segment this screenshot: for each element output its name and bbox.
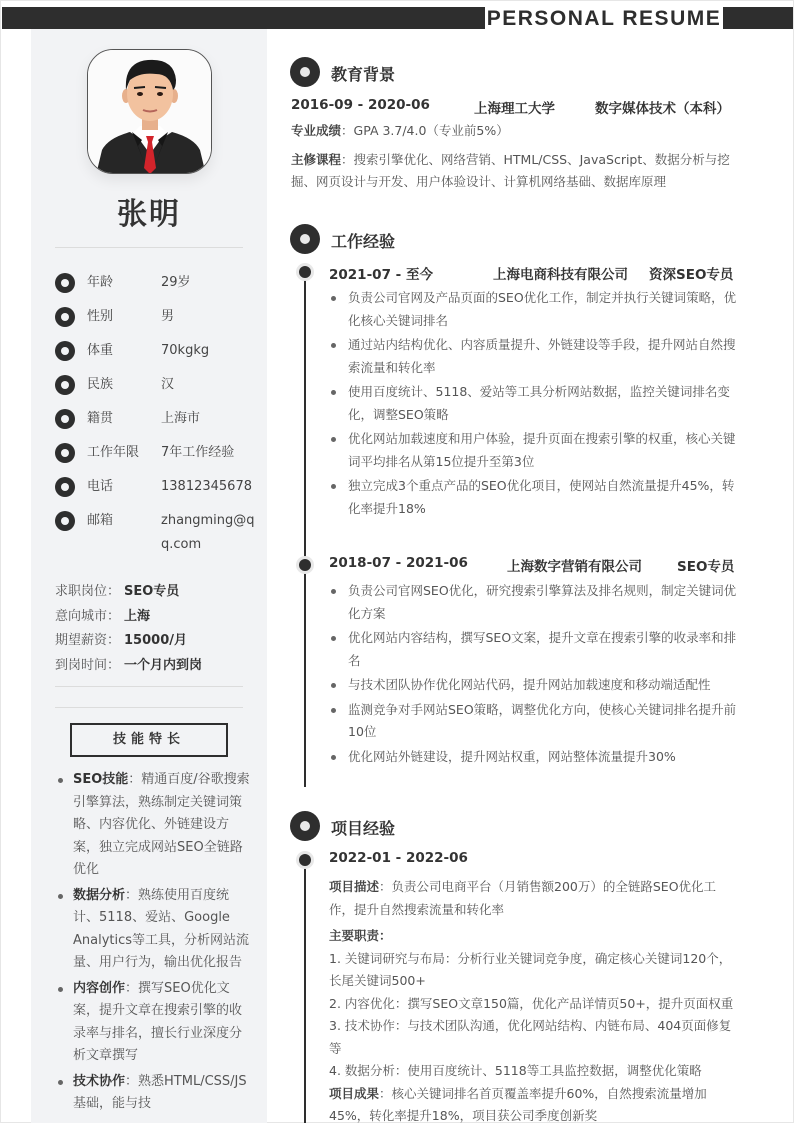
skill-name: 内容创作 [73, 981, 125, 996]
ring-bullet-icon [55, 273, 75, 293]
job-intent-row: 到岗时间：一个月内到岗 [55, 654, 255, 679]
info-row-weight: 体重 70kgkg [55, 337, 255, 371]
skill-item: SEO技能：精通百度/谷歌搜索引擎算法，熟练制定关键词策略、内容优化、外链建设方… [55, 769, 251, 882]
info-value: 汉 [161, 371, 255, 397]
job-bullet: 独立完成3个重点产品的SEO优化项目，使网站自然流量提升45%，转化率提升18% [329, 475, 739, 520]
job-bullet: 负责公司官网SEO优化，研究搜索引擎算法及排名规则，制定关键词优化方案 [329, 580, 739, 625]
project-period: 2022-01 - 2022-06 [329, 850, 468, 866]
project-duty: 4. 数据分析：使用百度统计、5118等工具监控数据，调整优化策略 [329, 1060, 739, 1083]
info-row-experience-years: 工作年限 7年工作经验 [55, 439, 255, 473]
job-intent-row: 期望薪资：15000/月 [55, 629, 255, 654]
sidebar: 张明 年龄 29岁 性别 男 体重 70kgkg 民族 汉 籍贯 上海市 [31, 29, 267, 1123]
section-title-projects: 项目经验 [331, 816, 395, 839]
project-duty: 1. 关键词研究与布局：分析行业关键词竞争度，确定核心关键词120个，长尾关键词… [329, 948, 739, 993]
job-bullets: 负责公司官网SEO优化，研究搜索引擎算法及排名规则，制定关键词优化方案 优化网站… [329, 580, 739, 770]
education-gpa: 专业成绩：GPA 3.7/4.0（专业前5%） [291, 120, 741, 142]
phone-value[interactable]: 13812345678 [161, 473, 255, 499]
gpa-label: 专业成绩 [291, 123, 341, 138]
job-bullet: 负责公司官网及产品页面的SEO优化工作，制定并执行关键词策略，优化核心关键词排名 [329, 287, 739, 332]
timeline-dot-icon [299, 266, 311, 278]
job-header: 2018-07 - 2021-06 上海数字营销有限公司 SEO专员 [329, 555, 734, 575]
job-position: SEO专员 [677, 555, 734, 575]
education-period: 2016-09 - 2020-06 [291, 97, 430, 113]
job-bullet: 优化网站外链建设，提升网站权重，网站整体流量提升30% [329, 746, 739, 769]
job-period: 2018-07 - 2021-06 [329, 555, 468, 571]
section-title-work: 工作经验 [331, 229, 395, 252]
info-label: 性别 [87, 303, 161, 331]
candidate-name: 张明 [31, 189, 267, 233]
section-ring-icon [290, 57, 320, 87]
main-content: 教育背景 2016-09 - 2020-06 上海理工大学 数字媒体技术（本科）… [290, 0, 760, 1123]
skill-item: 技术协作：熟悉HTML/CSS/JS基础，能与技 [55, 1071, 251, 1116]
skill-item: 内容创作：撰写SEO优化文案，提升文章在搜索引擎的收录率与排名，擅长行业深度分析… [55, 978, 251, 1068]
info-value: 上海市 [161, 405, 255, 431]
timeline-line [304, 272, 306, 787]
info-row-email: 邮箱 zhangming@qq.com [55, 507, 255, 563]
project-desc-label: 项目描述 [329, 879, 379, 894]
job-bullets: 负责公司官网及产品页面的SEO优化工作，制定并执行关键词策略，优化核心关键词排名… [329, 287, 739, 522]
info-label: 邮箱 [87, 507, 161, 535]
info-value: 70kgkg [161, 337, 255, 363]
job-bullet: 使用百度统计、5118、爱站等工具分析网站数据，监控关键词排名变化，调整SEO策… [329, 381, 739, 426]
project-result-label: 项目成果 [329, 1086, 379, 1101]
job-intent-label: 期望薪资： [55, 633, 120, 648]
job-intent-value: 一个月内到岗 [124, 658, 202, 673]
info-label: 民族 [87, 371, 161, 399]
project-body: 项目描述：负责公司电商平台（月销售额200万）的全链路SEO优化工作，提升自然搜… [329, 876, 739, 1123]
project-header: 2022-01 - 2022-06 [329, 850, 734, 870]
job-bullet: 监测竞争对手网站SEO策略，调整优化方向，使核心关键词排名提升前10位 [329, 699, 739, 744]
info-row-hometown: 籍贯 上海市 [55, 405, 255, 439]
ring-bullet-icon [55, 511, 75, 531]
education-school: 上海理工大学 [474, 97, 555, 117]
job-bullet: 优化网站内容结构，撰写SEO文案，提升文章在搜索引擎的收录率和排名 [329, 627, 739, 672]
section-ring-icon [290, 811, 320, 841]
info-label: 籍贯 [87, 405, 161, 433]
skills-list: SEO技能：精通百度/谷歌搜索引擎算法，熟练制定关键词策略、内容优化、外链建设方… [55, 769, 251, 1119]
job-intent-row: 求职岗位：SEO专员 [55, 580, 255, 605]
info-row-phone: 电话 13812345678 [55, 473, 255, 507]
section-title-education: 教育背景 [331, 62, 395, 85]
info-value: 29岁 [161, 269, 255, 295]
info-label: 体重 [87, 337, 161, 365]
education-courses: 主修课程：搜索引擎优化、网络营销、HTML/CSS、JavaScript、数据分… [291, 149, 736, 193]
ring-bullet-icon [55, 307, 75, 327]
ring-bullet-icon [55, 477, 75, 497]
avatar [87, 49, 212, 174]
divider [55, 247, 243, 248]
courses-label: 主修课程 [291, 152, 341, 167]
email-value[interactable]: zhangming@qq.com [161, 507, 255, 557]
education-major: 数字媒体技术（本科） [595, 97, 730, 117]
personal-info-list: 年龄 29岁 性别 男 体重 70kgkg 民族 汉 籍贯 上海市 工作年限 7… [55, 269, 255, 563]
info-value: 男 [161, 303, 255, 329]
job-intent-value: 15000/月 [124, 633, 187, 648]
job-bullet: 优化网站加载速度和用户体验，提升页面在搜索引擎的权重，核心关键词平均排名从第15… [329, 428, 739, 473]
timeline-line [304, 862, 306, 1123]
job-company: 上海电商科技有限公司 [493, 263, 628, 283]
ring-bullet-icon [55, 375, 75, 395]
job-intent-label: 意向城市： [55, 609, 120, 624]
skill-name: SEO技能 [73, 772, 128, 787]
ring-bullet-icon [55, 409, 75, 429]
timeline-dot-icon [299, 854, 311, 866]
timeline-dot-icon [299, 559, 311, 571]
project-duty: 3. 技术协作：与技术团队沟通，优化网站结构、内链布局、404页面修复等 [329, 1015, 739, 1060]
skill-name: 数据分析 [73, 888, 125, 903]
job-intent-label: 到岗时间： [55, 658, 120, 673]
project-description: 项目描述：负责公司电商平台（月销售额200万）的全链路SEO优化工作，提升自然搜… [329, 876, 739, 921]
ring-bullet-icon [55, 341, 75, 361]
job-header: 2021-07 - 至今 上海电商科技有限公司 资深SEO专员 [329, 263, 734, 283]
info-row-age: 年龄 29岁 [55, 269, 255, 303]
job-intent-label: 求职岗位： [55, 584, 120, 599]
project-result-text: ：核心关键词排名首页覆盖率提升60%，自然搜索流量增加45%，转化率提升18%，… [329, 1086, 707, 1123]
job-intent-value: SEO专员 [124, 584, 179, 599]
project-desc-text: ：负责公司电商平台（月销售额200万）的全链路SEO优化工作，提升自然搜索流量和… [329, 879, 716, 917]
section-ring-icon [290, 224, 320, 254]
info-label: 年龄 [87, 269, 161, 297]
job-bullet: 通过站内结构优化、内容质量提升、外链建设等手段，提升网站自然搜索流量和转化率 [329, 334, 739, 379]
job-company: 上海数字营销有限公司 [507, 555, 642, 575]
skill-text: ：精通百度/谷歌搜索引擎算法，熟练制定关键词策略、内容优化、外链建设方案，独立完… [73, 772, 250, 877]
avatar-portrait-icon [88, 50, 212, 174]
job-intent-list: 求职岗位：SEO专员 意向城市：上海 期望薪资：15000/月 到岗时间：一个月… [55, 580, 255, 678]
project-result: 项目成果：核心关键词排名首页覆盖率提升60%，自然搜索流量增加45%，转化率提升… [329, 1083, 739, 1123]
courses-value: ：搜索引擎优化、网络营销、HTML/CSS、JavaScript、数据分析与挖掘… [291, 152, 730, 189]
duties-label-text: 主要职责： [329, 928, 392, 943]
ring-bullet-icon [55, 443, 75, 463]
job-position: 资深SEO专员 [649, 263, 733, 283]
gpa-value: ：GPA 3.7/4.0（专业前5%） [341, 123, 509, 138]
info-label: 电话 [87, 473, 161, 501]
job-intent-row: 意向城市：上海 [55, 605, 255, 630]
info-row-gender: 性别 男 [55, 303, 255, 337]
skills-title: 技能特长 [70, 723, 228, 757]
project-duties-label: 主要职责： [329, 925, 739, 948]
info-label: 工作年限 [87, 439, 161, 467]
info-row-ethnicity: 民族 汉 [55, 371, 255, 405]
info-value: 7年工作经验 [161, 439, 255, 465]
skill-item: 数据分析：熟练使用百度统计、5118、爱站、Google Analytics等工… [55, 885, 251, 975]
skill-name: 技术协作 [73, 1074, 125, 1089]
divider [55, 707, 243, 708]
job-period: 2021-07 - 至今 [329, 263, 433, 283]
divider [55, 686, 243, 687]
project-duty: 2. 内容优化：撰写SEO文章150篇，优化产品详情页50+，提升页面权重 [329, 993, 739, 1016]
job-intent-value: 上海 [124, 609, 150, 624]
job-bullet: 与技术团队协作优化网站代码，提升网站加载速度和移动端适配性 [329, 674, 739, 697]
